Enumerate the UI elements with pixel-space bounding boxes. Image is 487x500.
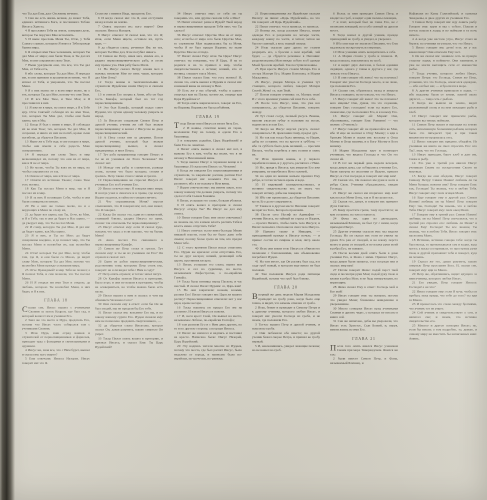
verse-paragraph: 20 Петр же, обратившись, видит идущего з… [409,273,477,282]
verse-number: 20 [177,344,182,348]
verse-number: 23 [412,303,417,307]
verse-number: 22 [333,200,338,204]
verse-number: 35 [255,183,262,187]
verse-number: 12 [412,140,417,144]
verse-paragraph: 37 Также и в другом месте Писание говори… [252,204,320,213]
verse-paragraph: 13 И они говорят ей: жена! что ты плачеш… [330,76,398,89]
verse-paragraph: 14 Сказав сие, обратилась назад и увидел… [330,89,398,98]
verse-paragraph: 40 Итак они взяли тело Иисуса и обвили е… [252,247,320,260]
verse-paragraph: 31 Пилат сказал им: возьмите Его вы, и п… [95,311,163,324]
verse-paragraph: 15 Но они закричали: возьми, возьми, рас… [174,289,242,306]
verse-paragraph: 34 Иисус отвечал ему: от себя ли ты гово… [174,12,242,21]
text-column-6: Нафанаил из Каны Галилейской, и сыновья … [409,12,477,490]
verse-number: 23 [98,226,103,230]
verse-number: 14 [25,153,32,157]
chapter-opening-paragraph: Сказав сие, Иисус вышел с учениками Свои… [22,306,90,319]
verse-paragraph: 3 Симон Петр говорит им: иду ловить рыбу… [409,21,477,38]
verse-number: 38 [255,213,261,217]
verse-paragraph: 38 После сего Иосиф из Аримафеи — ученик… [252,213,320,230]
verse-paragraph: 17 Тут раба придверница говорит Петру: и… [95,153,163,166]
verse-number: 7 [412,72,416,76]
verse-paragraph: 21 Иисус же сказал им вторично: мир вам!… [330,191,398,200]
verse-paragraph: 30 Много сотворил Иисус пред учениками С… [330,307,398,320]
verse-paragraph: 38 Пилат сказал Ему: что есть истина? И,… [174,76,242,89]
verse-number: 8 [333,33,337,37]
verse-paragraph: 15 За Иисусом следовали Симон Петр и дру… [95,119,163,136]
verse-number: 19 [333,162,338,166]
verse-paragraph: 32 Итак пришли воины, и у первого переби… [252,157,320,166]
verse-paragraph: 28 От Каиафы повели Иисуса в преторию. Б… [95,277,163,294]
verse-number: 6 [333,12,337,16]
text-column-4: 21 Первосвященники же Иудейские сказали … [252,12,320,490]
verse-number: 11 [177,229,181,233]
verse-number: 39 [255,230,263,234]
verse-paragraph: 31 Сие же написано, дабы вы уверовали, ч… [330,320,398,333]
verse-paragraph: 12 и видит двух Ангелов, в белом одеянии… [330,63,398,76]
verse-paragraph: 19 Пилат же написал и надпись и поставил… [174,331,242,344]
verse-number: 5 [255,344,258,348]
verse-paragraph: 2 Знал же это место и Иуда, предатель Ег… [22,319,90,332]
chapter-heading: ГЛАВА 20 [252,286,320,290]
verse-number: 5 [177,161,180,165]
verse-number: 36 [255,196,260,200]
verse-paragraph: 21 Первосвященники же Иудейские сказали … [252,12,320,25]
verse-paragraph: 15 Не молю, чтобы Ты взял их из мира, но… [22,166,90,175]
verse-paragraph: 8 А другие ученики приплыли в лодке, — и… [409,89,477,102]
verse-paragraph: 3 Тотчас вышел Петр и другой ученик, и п… [252,323,320,332]
verse-paragraph: 29 Пилат вышел к ним и сказал: в чем вы … [95,294,163,303]
verse-number: 13 [177,263,183,267]
verse-paragraph: 17 Освяти их истиною Твоею; слово Твое е… [22,179,90,188]
verse-paragraph: 8 Иисус отвечал: Я сказал вам, что это Я… [95,33,163,46]
verse-number: 22 [98,213,103,217]
verse-paragraph: 18 Мария Магдалина идет и возвещает учен… [330,149,398,162]
verse-paragraph: 6 Я открыл имя Твое человекам, которых Т… [22,50,90,63]
verse-paragraph: 26 После восьми дней опять были в доме у… [330,251,398,268]
verse-number: 4 [25,29,28,33]
book-edge-shadow [0,0,15,500]
verse-number: 31 [98,311,103,315]
verse-number: 24 [333,217,341,221]
verse-number: 10 [412,115,418,119]
verse-number: 8 [98,33,101,37]
verse-paragraph: 17 Говорит ему в третий раз: Симон Ионин… [409,213,477,239]
verse-paragraph: 4 Пилат опять вышел и сказал им: вот, я … [174,148,242,161]
verse-number: 9 [177,203,181,207]
verse-number: 15 [98,119,104,123]
verse-paragraph: 14 Это уже в третий раз явился Иисус уче… [409,162,477,175]
verse-paragraph: 3 Итак Иуда, взяв отряд воинов и служите… [22,331,90,348]
verse-paragraph: 24 Сей ученик и свидетельствует о сем, и… [409,311,477,324]
verse-paragraph: 21 да будут все едино, как Ты, Отче, во … [22,213,90,226]
verse-number: 38 [177,76,182,80]
verse-number: 20 [25,204,31,208]
verse-paragraph: 3 Сия же есть жизнь вечная, да знают Теб… [22,16,90,29]
verse-number: 11 [412,123,417,127]
verse-number: 16 [333,115,341,119]
verse-number: 42 [255,273,261,277]
verse-number: 15 [177,289,184,293]
verse-number: 12 [333,63,338,67]
verse-paragraph: 10 Иисус говорит им: принесите рыбы, кот… [409,115,477,124]
verse-number: 2 [183,126,187,130]
verse-number: 29 [255,115,260,119]
verse-paragraph: 16 Тогда наконец он предал Его им на рас… [174,306,242,315]
verse-number: 6 [98,16,101,20]
verse-number: 8 [177,199,180,203]
verse-number: 7 [98,25,103,29]
verse-paragraph: 17 И, неся крест Свой, Он вышел на место… [174,314,242,323]
text-column-5: 6 Вслед за ним приходит Симон Петр, и вх… [330,12,398,490]
verse-paragraph: 40 Тогда опять закричали все, говоря: не… [174,102,242,111]
verse-number: 39 [177,89,182,93]
verse-paragraph: 21 Что спрашиваешь Меня? спроси слышавши… [95,200,163,213]
verse-number: 25 [412,324,418,328]
verse-number: 35 [177,21,182,25]
verse-paragraph: 9 Когда же вышли на землю, видят разложе… [409,102,477,115]
verse-paragraph: 22 Иисус говорит ему: если Я хочу, чтобы… [409,290,477,303]
scanned-bible-page: что Ты дал Ему, даст Он жизнь вечную.3 С… [0,0,487,500]
chapter-heading: ГЛАВА 19 [174,115,242,119]
verse-number: 21 [98,200,106,204]
verse-number: 23 [25,234,31,238]
verse-paragraph: 14 Я передал им слово Твое; и мир вознен… [22,153,90,166]
verse-paragraph: 23 Я в них, и Ты во Мне; да будут соверш… [22,234,90,251]
verse-paragraph: 24 Отче! которых Ты дал Мне, хочу, чтобы… [22,251,90,268]
verse-paragraph: 13 Иисус приходит, берет хлеб и дает им,… [409,153,477,162]
verse-paragraph: 4 А когда уже настало утро, Иисус стоял … [409,38,477,47]
verse-number: 21 [412,281,419,285]
verse-number: 26 [25,281,30,285]
verse-paragraph: 28 После того Иисус, зная, что уже все с… [252,102,320,115]
verse-number: 10 [333,50,337,54]
verse-number: 27 [98,273,102,277]
verse-number: 19 [98,179,103,183]
verse-number: 25 [25,268,30,272]
verse-number: 4 [25,349,28,353]
verse-paragraph: 11 Иисус отвечал: ты не имел бы надо Мно… [174,229,242,246]
verse-number: 4 [255,331,259,335]
verse-number: 18 [333,149,339,153]
verse-number: 25 [333,230,338,234]
verse-number: 20 [333,179,338,183]
verse-paragraph: 22 Сказав это, дунул, и говорит им: прим… [330,200,398,209]
verse-number: 19 [412,260,418,264]
verse-number: 20 [98,187,103,191]
verse-paragraph: 7 Ныне уразумели они, что все, что Ты да… [22,63,90,72]
drop-cap: В [252,293,258,300]
verse-number: 5 [25,38,28,42]
verse-number: 4 [412,38,415,42]
verse-number: 18 [177,323,182,327]
verse-number: 34 [255,174,260,178]
verse-number: 37 [177,55,182,59]
verse-paragraph: 11 А Мария стояла у гроба и плакала. И, … [330,55,398,64]
verse-paragraph: 25 Многое и другое сотворил Иисус; но, е… [409,324,477,341]
verse-paragraph: 23 Иисус отвечал ему: если Я сказал худо… [95,226,163,239]
verse-number: 2 [25,319,28,323]
verse-number: 23 [255,29,260,33]
verse-paragraph: 20 Иисус отвечал ему: Я говорил явно мир… [95,187,163,200]
text-area: что Ты дал Ему, даст Он жизнь вечную.3 С… [22,12,478,490]
verse-paragraph: 12 Тогда воины и тысяченачальник и служи… [95,80,163,93]
verse-number: 41 [255,260,260,264]
verse-number: 5 [412,46,416,50]
verse-number: 6 [412,55,415,59]
verse-number: 32 [255,157,262,161]
verse-number: 14 [98,106,104,110]
verse-number: 17 [412,213,417,217]
verse-paragraph: 33 Но, придя к Иисусу, как увидели Его у… [252,166,320,175]
verse-paragraph: 18 там распяли Его и с Ним двух других, … [174,323,242,332]
verse-number: 2 [255,306,258,310]
verse-number: 4 [177,148,181,152]
verse-paragraph: 36 Ибо сие произошло, да сбудется Писани… [252,196,320,205]
verse-paragraph: 29 Тут стоял сосуд, полный уксуса. Воины… [252,115,320,128]
verse-number: 40 [255,247,260,251]
verse-number: 27 [333,268,338,272]
chapter-opening-paragraph: Впервый же день недели Мария Магдалина п… [252,293,320,306]
verse-paragraph: 22 И славу, которую Ты дал Мне, Я дал им… [22,226,90,235]
verse-paragraph: 19 В тот же первый день недели вечером, … [330,162,398,179]
verse-paragraph: 12 С этого времени Пилат искал отпустить… [174,246,242,263]
verse-number: 19 [177,331,182,335]
verse-paragraph: 29 Иисус говорит ему: ты поверил, потому… [330,294,398,307]
verse-paragraph: 2 Итак, бежит и приходит к Симону Петру … [252,306,320,323]
verse-paragraph: 5 Тогда вышел Иисус в терновом венце и в… [174,161,242,170]
verse-number: 13 [25,140,30,144]
verse-paragraph: 11 Я уже не в мире, но они в мире, а Я к… [22,106,90,123]
verse-paragraph: 7 Иудеи отвечали ему: мы имеем закон, и … [174,186,242,199]
verse-paragraph: 5 Ему отвечали: Иисуса Назорея. Иисус го… [22,357,90,366]
verse-paragraph: 23 Кому простите грехи, тому простятся; … [330,209,398,218]
verse-number: 15 [25,166,30,170]
verse-paragraph: 23 И пронеслось это слово между братиями… [409,303,477,312]
verse-paragraph: 12 Когда Я был с ними в мире, Я соблюдал… [22,123,90,140]
verse-paragraph: 8 ибо слова, которые Ты дал Мне, Я перед… [22,72,90,89]
verse-number: 28 [333,286,338,290]
verse-number: 3 [177,139,180,143]
verse-paragraph: 26 Один из рабов первосвященнических, ро… [95,260,163,273]
verse-number: 25 [98,247,104,251]
verse-number: 13 [333,76,338,80]
verse-number: 17 [177,314,182,318]
verse-number: 34 [177,12,183,16]
drop-cap: П [330,344,337,351]
drop-cap: Т [174,122,180,129]
verse-paragraph: 14 Это был Каиафа, который подал совет И… [95,106,163,119]
chapter-opening-paragraph: После того опять явился Иисус ученикам С… [330,344,398,357]
verse-paragraph: 24 Фома же, один из двенадцати, называем… [330,217,398,230]
verse-paragraph: 16 Еще говорит ему в другой раз: Симон И… [409,196,477,213]
verse-paragraph: 13 Пилат, услышав это слово, вывел вон И… [174,263,242,280]
text-column-2: Стоял же с ними и Иуда, предатель Его.6 … [95,12,163,490]
verse-number: 14 [177,280,182,284]
verse-paragraph: 23 Воины же, когда распяли Иисуса, взяли… [252,29,320,46]
verse-paragraph: 13 и отвели Его сперва к Анне, ибо он бы… [95,93,163,106]
verse-number: 23 [333,209,338,213]
verse-paragraph: 24 Итак сказали друг другу: не станем ра… [252,46,320,67]
verse-number: 30 [255,127,260,131]
verse-paragraph: 14 Тогда была пятница перед Пасхою, и ча… [174,280,242,289]
text-column-1: что Ты дал Ему, даст Он жизнь вечную.3 С… [22,12,90,490]
verse-paragraph: 27 Потом говорит ученику: се, Матерь тво… [252,93,320,102]
verse-paragraph: 25 Симон же Петр стоял и грелся. Тут ска… [95,247,163,260]
verse-paragraph: 4 Они побежали оба вместе; но другой уче… [252,331,320,344]
verse-number: 16 [412,196,417,200]
verse-paragraph: 31 Но так как тогда была пятница, то Иуд… [252,136,320,157]
verse-number: 6 [177,169,180,173]
verse-number: 18 [25,187,31,191]
verse-number: 17 [25,179,30,183]
verse-number: 11 [25,106,29,110]
verse-number: 28 [98,277,103,281]
verse-paragraph: 39 Пришел также и Никодим, — приходивший… [252,230,320,247]
verse-paragraph: 32 да сбудется слово Иисусово, которое с… [95,324,163,337]
verse-paragraph: 20 Эту надпись читали многие из Иудеев, … [174,344,242,361]
verse-number: 22 [255,25,259,29]
verse-number: 12 [98,80,105,84]
verse-paragraph: 21 Его увидев, Петр говорит Иисусу: Госп… [409,281,477,290]
verse-number: 16 [25,174,29,178]
verse-number: 36 [177,33,182,37]
verse-paragraph: 8 Тогда вошел и другой ученик, прежде пр… [330,33,398,42]
verse-paragraph: 7 Опять спросил их: кого ищете? Они сказ… [95,25,163,34]
verse-number: 3 [255,323,259,327]
verse-number: 12 [177,246,182,250]
verse-paragraph: 19 Сказал же это, давая разуметь, какою … [409,260,477,273]
verse-paragraph: 4 Иисус же, зная все, что с Ним будет, в… [22,349,90,358]
verse-number: 37 [255,204,260,208]
verse-paragraph: 37 Пилат сказал Ему: итак Ты Царь? Иисус… [174,55,242,76]
verse-number: 7 [333,21,337,25]
verse-paragraph: 18 Между тем рабы и служители, разведя о… [95,166,163,179]
verse-number: 5 [25,357,29,361]
verse-number: 11 [98,68,104,72]
verse-paragraph: 6 Когда же увидели Его первосвященники и… [174,169,242,186]
verse-number: 20 [412,273,417,277]
verse-number: 7 [25,63,28,67]
verse-number: 11 [333,55,338,59]
verse-number: 40 [177,102,182,106]
verse-paragraph: 15 Иисус говорит ей: жена! что ты плачеш… [330,97,398,114]
verse-number: 10 [25,97,31,101]
verse-paragraph: 17 Иисус говорит ей: не прикасайся ко Мн… [330,127,398,148]
verse-number: 26 [98,260,104,264]
verse-paragraph: 16 А Петр стоял вне за дверями. Потом др… [95,136,163,153]
verse-number: 10 [177,216,182,220]
verse-number: 32 [98,324,104,328]
verse-paragraph: 25 Другие ученики сказали ему: мы видели… [330,230,398,251]
verse-paragraph: 26 Иисус, увидев Матерь и ученика тут ст… [252,80,320,93]
verse-paragraph: 25 При кресте Иисуса стояли Матерь Его и… [252,68,320,81]
verse-paragraph: 5 Иисус говорит им: дети! есть ли у вас … [409,46,477,55]
verse-number: 15 [333,97,338,101]
verse-number: 3 [412,21,415,25]
verse-number: 31 [255,136,260,140]
verse-paragraph: 6 И когда сказал им: это Я, они отступил… [95,16,163,25]
verse-paragraph: 20 Не о них же только молю, но и о верую… [22,204,90,213]
verse-paragraph: 20 Сказав это, Он показал им руки и ноги… [330,179,398,192]
verse-paragraph: 12 Иисус говорит им: придите, обедайте. … [409,140,477,153]
chapter-heading: ГЛАВА 21 [330,337,398,341]
verse-paragraph: 39 Есть же у вас обычай, чтобы я одного … [174,89,242,102]
verse-number: 21 [333,191,338,195]
verse-number: 15 [412,174,418,178]
verse-number: 24 [255,46,261,50]
verse-number: 3 [25,16,28,20]
verse-number: 9 [98,46,102,50]
verse-paragraph: 33 Тогда Пилат опять вошел в преторию, и… [95,337,163,350]
verse-number: 9 [25,89,28,93]
verse-paragraph: 28 Фома сказал Ему в ответ: Господь мой … [330,286,398,295]
verse-paragraph: 3 и говорили: радуйся, Царь Иудейский! и… [174,139,242,148]
verse-paragraph: 30 Когда же Иисус вкусил уксуса, сказал:… [252,127,320,136]
verse-paragraph: 26 И Я открыл им имя Твое и открою, да л… [22,281,90,294]
verse-paragraph: 24 Анна послал Его связанного к первосвя… [95,238,163,247]
verse-number: 17 [333,127,338,131]
verse-number: 21 [25,213,30,217]
verse-number: 29 [333,294,338,298]
verse-number: 18 [98,166,103,170]
verse-number: 33 [98,337,103,341]
verse-paragraph: 2 были вместе Симон Петр, и Фома, называ… [330,357,398,366]
verse-paragraph: 35 Пилат отвечал: разве я Иудей? Твой на… [174,21,242,34]
verse-number: 25 [255,68,260,72]
verse-paragraph: 41 На том месте, где Он распят, был сад,… [252,260,320,273]
verse-number: 27 [255,93,260,97]
verse-paragraph: 34 но один из воинов копьем пронзил Ему … [252,174,320,183]
verse-number: 29 [98,294,103,298]
verse-paragraph: 6 Он же сказал им: закиньте сеть по прав… [409,55,477,72]
verse-paragraph: 10 Пилат говорит Ему: мне ли не отвечаеш… [174,216,242,229]
verse-paragraph: 10 Симон же Петр, имея меч, извлек его, … [95,55,163,68]
verse-number: 3 [25,331,31,335]
verse-number: 18 [412,238,417,242]
verse-paragraph: 36 Иисус отвечал: Царство Мое не от мира… [174,33,242,54]
verse-paragraph: 9 Я о них молю: не о всем мире молю, но … [22,89,90,98]
verse-number: 26 [255,80,261,84]
verse-paragraph: 7 и плат, который был на главе Его, не с… [330,21,398,34]
verse-paragraph: 18 Истинно, истинно говорю тебе: когда т… [409,238,477,259]
verse-paragraph: 25 Отче Праведный! и мир Тебя не познал;… [22,268,90,281]
verse-number: 7 [177,186,180,190]
verse-number: 22 [412,290,417,294]
verse-number: 28 [255,102,261,106]
verse-paragraph: 15 Когда же они обедали, Иисус говорит С… [409,174,477,195]
verse-paragraph: 2 И воины, сплетши венец из терна, возло… [174,126,242,139]
verse-paragraph: 11 Симон Петр пошел и вытащил на землю с… [409,123,477,140]
verse-number: 14 [333,89,338,93]
verse-paragraph: 5 И, наклонившись, увидел лежащие пелены… [252,344,320,353]
verse-number: 26 [333,251,338,255]
verse-number: 33 [255,166,260,170]
verse-number: 10 [98,55,103,59]
verse-paragraph: 11 Но Иисус сказал Петру: вложи меч в но… [95,68,163,81]
verse-paragraph: 9 Ибо они еще не знали из Писания, что Е… [330,42,398,51]
verse-paragraph: 19 Первосвященник же спросил Иисуса об у… [95,179,163,188]
verse-number: 8 [25,72,28,76]
verse-number: 6 [25,50,28,54]
verse-number: 13 [98,93,103,97]
verse-paragraph: 30 Они сказали ему в ответ: если бы Он н… [95,303,163,312]
verse-number: 19 [25,196,30,200]
text-column-3: 34 Иисус отвечал ему: от себя ли ты гово… [174,12,242,490]
verse-paragraph: 42 Там положили Иисуса ради пятницы Иуде… [252,273,320,282]
verse-paragraph: 18 Как Ты послал Меня в мир, так и Я пос… [22,187,90,196]
verse-number: 9 [333,42,336,46]
verse-number: 22 [25,226,30,230]
